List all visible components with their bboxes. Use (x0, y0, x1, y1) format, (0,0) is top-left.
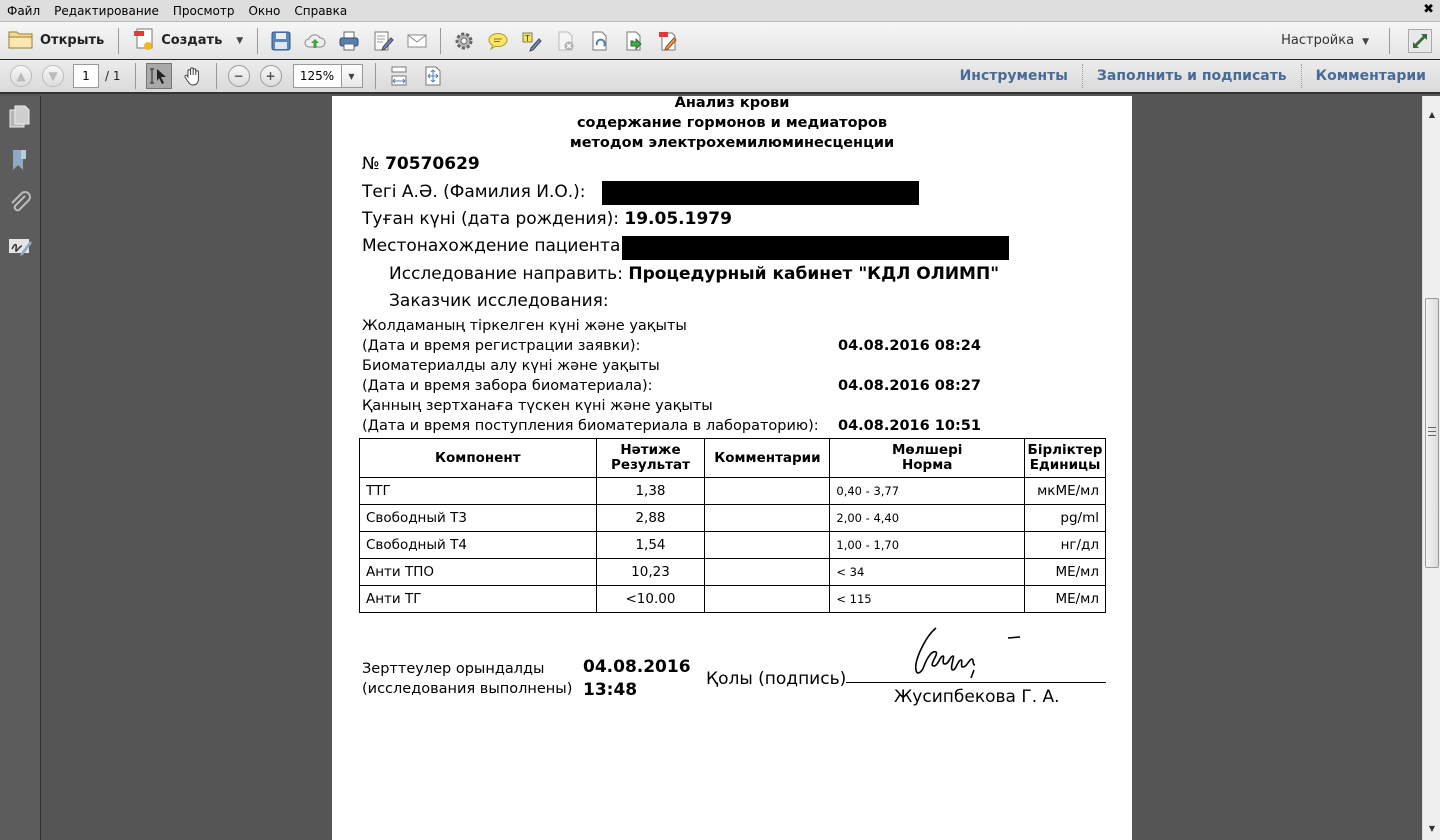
done-date: 04.08.2016 (583, 657, 691, 677)
cell-component: Анти ТГ (360, 586, 597, 613)
chevron-down-icon: ▼ (1362, 37, 1369, 47)
cell-comment (705, 586, 830, 613)
signature-line (846, 682, 1106, 683)
sign-document-icon[interactable] (656, 29, 680, 53)
hand-tool-icon[interactable] (181, 64, 205, 88)
save-icon[interactable] (269, 29, 293, 53)
remove-file-icon[interactable] (554, 29, 578, 53)
bookmark-icon[interactable] (7, 147, 33, 173)
pages-icon[interactable] (7, 104, 33, 130)
attachment-icon[interactable] (7, 190, 33, 216)
cell-norm: 1,00 - 1,70 (830, 532, 1025, 559)
create-button[interactable]: Создать ▼ (125, 26, 251, 56)
plus-icon: + (265, 69, 275, 83)
comments-pane-link[interactable]: Комментарии (1302, 64, 1440, 88)
scrollbar-thumb[interactable] (1425, 298, 1439, 568)
done-time: 13:48 (583, 680, 637, 700)
customize-dropdown[interactable]: Настройка▼ (1281, 33, 1383, 48)
registration-label-kz: Жолдаманың тіркелген күні және уақыты (362, 318, 687, 334)
edit-document-icon[interactable] (371, 29, 395, 53)
cell-component: Анти ТПО (360, 559, 597, 586)
table-row: Анти ТГ<10.00< 115МЕ/мл (360, 586, 1106, 613)
signer-name: Жусипбекова Г. А. (894, 687, 1060, 707)
menu-view[interactable]: Просмотр (166, 4, 242, 18)
toolbar-right: Настройка▼ (1281, 28, 1440, 54)
navigation-toolbar: ▲ ▼ 1 / 1 − + 125% ▼ Инструменты Заполни… (0, 60, 1440, 94)
collection-label-ru: (Дата и время забора биоматериала): (362, 378, 653, 394)
vertical-scrollbar[interactable]: ▲ ▼ (1422, 96, 1440, 840)
signature-icon[interactable] (7, 233, 33, 259)
cell-component: Свободный Т3 (360, 505, 597, 532)
cell-comment (705, 505, 830, 532)
referral: Исследование направить: Процедурный каби… (389, 264, 999, 284)
toolbar-separator (440, 28, 441, 54)
pane-links: Инструменты Заполнить и подписать Коммен… (946, 60, 1440, 92)
main-toolbar: Открыть Создать ▼ T Настройка▼ (0, 22, 1440, 60)
table-row: Свободный Т41,541,00 - 1,70нг/дл (360, 532, 1106, 559)
zoom-out-button[interactable]: − (228, 65, 250, 87)
table-row: Анти ТПО10,23< 34МЕ/мл (360, 559, 1106, 586)
registration-datetime: 04.08.2016 08:24 (838, 338, 981, 354)
zoom-select[interactable]: 125% ▼ (293, 64, 363, 88)
toolbar-separator (135, 63, 136, 89)
cell-norm: < 115 (830, 586, 1025, 613)
zoom-in-button[interactable]: + (260, 65, 282, 87)
cell-unit: мкМЕ/мл (1024, 478, 1105, 505)
minus-icon: − (233, 69, 243, 83)
cell-norm: 2,00 - 4,40 (830, 505, 1025, 532)
done-label-ru: (исследования выполнены) (362, 681, 572, 697)
arrival-datetime: 04.08.2016 10:51 (838, 418, 981, 434)
svg-text:T: T (524, 34, 530, 43)
header-result: НәтижеРезультат (596, 439, 705, 478)
navigation-pane (0, 96, 41, 840)
menu-bar: Файл Редактирование Просмотр Окно Справк… (0, 0, 1440, 22)
order-number: № 70570629 (362, 154, 480, 174)
tools-pane-link[interactable]: Инструменты (946, 64, 1083, 88)
toolbar-separator (118, 28, 119, 54)
cell-unit: нг/дл (1024, 532, 1105, 559)
next-page-button[interactable]: ▼ (42, 65, 64, 87)
open-button[interactable]: Открыть (0, 26, 112, 56)
menu-edit[interactable]: Редактирование (47, 4, 166, 18)
birth-date: Туған күні (дата рождения): 19.05.1979 (362, 209, 732, 229)
cell-norm: < 34 (830, 559, 1025, 586)
cell-result: <10.00 (596, 586, 705, 613)
grip-icon (1428, 427, 1436, 436)
cell-component: Свободный Т4 (360, 532, 597, 559)
create-pdf-icon (133, 27, 155, 55)
cell-result: 10,23 (596, 559, 705, 586)
cell-unit: pg/ml (1024, 505, 1105, 532)
results-table: Компонент НәтижеРезультат Комментарии Мө… (359, 438, 1106, 613)
redacted-location (622, 236, 1009, 260)
cell-norm: 0,40 - 3,77 (830, 478, 1025, 505)
scroll-up-arrow-icon[interactable]: ▲ (1423, 106, 1440, 124)
fit-width-icon[interactable] (387, 64, 411, 88)
cell-result: 1,54 (596, 532, 705, 559)
email-icon[interactable] (405, 29, 429, 53)
previous-page-button[interactable]: ▲ (10, 65, 32, 87)
cell-unit: МЕ/мл (1024, 559, 1105, 586)
arrival-label-ru: (Дата и время поступления биоматериала в… (362, 418, 819, 434)
full-screen-button[interactable] (1408, 29, 1432, 53)
cursor-select-icon (149, 66, 169, 86)
print-icon[interactable] (337, 29, 361, 53)
table-row: Свободный Т32,882,00 - 4,40pg/ml (360, 505, 1106, 532)
done-label-kz: Зерттеулер орындалды (362, 661, 544, 677)
toolbar-separator (257, 28, 258, 54)
cell-result: 1,38 (596, 478, 705, 505)
cell-unit: МЕ/мл (1024, 586, 1105, 613)
close-document-icon[interactable]: ✖ (1423, 2, 1434, 17)
comment-icon[interactable] (486, 29, 510, 53)
toolbar-separator (375, 63, 376, 89)
file-rotate-icon[interactable] (588, 29, 612, 53)
cell-result: 2,88 (596, 505, 705, 532)
cell-comment (705, 559, 830, 586)
collection-label-kz: Биоматериалды алу күні және уақыты (362, 358, 660, 374)
menu-help[interactable]: Справка (287, 4, 354, 18)
highlight-text-icon[interactable]: T (520, 29, 544, 53)
redacted-name (602, 181, 919, 205)
header-component: Компонент (360, 439, 597, 478)
cell-comment (705, 532, 830, 559)
expand-icon (1411, 32, 1429, 50)
toolbar-separator (1389, 28, 1390, 54)
menu-window[interactable]: Окно (241, 4, 287, 18)
header-units: БірліктерЕдиницы (1024, 439, 1105, 478)
folder-icon (8, 28, 34, 54)
file-export-icon[interactable] (622, 29, 646, 53)
arrow-down-icon: ▼ (48, 69, 57, 83)
location-label: Местонахождение пациента: (362, 236, 626, 256)
chevron-down-icon[interactable]: ▼ (342, 65, 362, 87)
header-norm: МөлшеріНорма (830, 439, 1025, 478)
pdf-page: Анализ крови содержание гормонов и медиа… (332, 96, 1132, 840)
menu-file[interactable]: Файл (0, 4, 47, 18)
signature-label: Қолы (подпись) (706, 669, 846, 689)
page-number-input[interactable]: 1 (73, 64, 99, 88)
scroll-down-arrow-icon[interactable]: ▼ (1423, 820, 1440, 838)
gear-icon[interactable] (452, 29, 476, 53)
handwritten-signature (908, 620, 1038, 682)
collection-datetime: 04.08.2016 08:27 (838, 378, 981, 394)
customer-label: Заказчик исследования: (389, 291, 609, 311)
surname-label: Тегі А.Ә. (Фамилия И.О.): (362, 182, 586, 202)
cell-comment (705, 478, 830, 505)
arrival-label-kz: Қанның зертханаға түскен күні және уақыт… (362, 398, 713, 414)
registration-label-ru: (Дата и время регистрации заявки): (362, 338, 640, 354)
header-comments: Комментарии (705, 439, 830, 478)
document-title: Анализ крови содержание гормонов и медиа… (332, 93, 1132, 153)
select-tool-button[interactable] (146, 63, 172, 89)
table-header-row: Компонент НәтижеРезультат Комментарии Мө… (360, 439, 1106, 478)
page-total: / 1 (105, 69, 121, 83)
table-row: ТТГ1,380,40 - 3,77мкМЕ/мл (360, 478, 1106, 505)
arrow-up-icon: ▲ (16, 69, 25, 83)
fit-page-icon[interactable] (421, 64, 445, 88)
toolbar-separator (216, 63, 217, 89)
cell-component: ТТГ (360, 478, 597, 505)
chevron-down-icon: ▼ (236, 36, 243, 46)
fill-sign-pane-link[interactable]: Заполнить и подписать (1083, 64, 1302, 88)
cloud-upload-icon[interactable] (303, 29, 327, 53)
